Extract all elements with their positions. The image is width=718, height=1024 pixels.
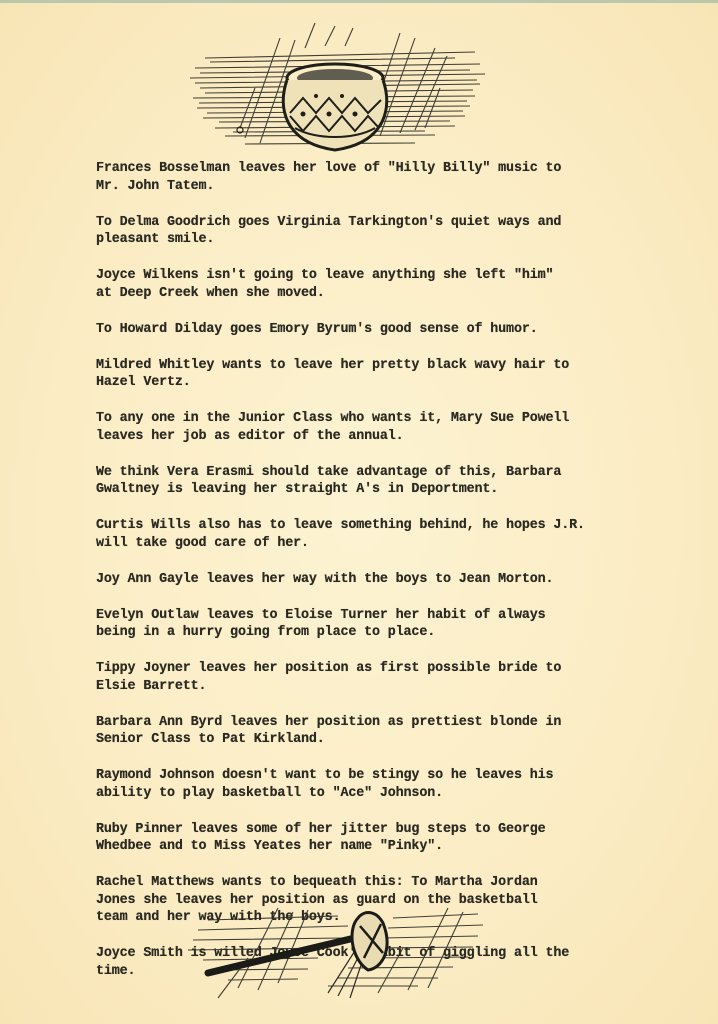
class-will-text: Frances Bosselman leaves her love of "Hi…: [96, 160, 636, 999]
tomahawk-illustration: [178, 898, 488, 1010]
bequest-paragraph: Evelyn Outlaw leaves to Eloise Turner he…: [96, 607, 636, 642]
bequest-paragraph: We think Vera Erasmi should take advanta…: [96, 464, 636, 499]
bequest-paragraph: To Howard Dilday goes Emory Byrum's good…: [96, 321, 636, 339]
bequest-paragraph: Ruby Pinner leaves some of her jitter bu…: [96, 821, 636, 856]
bequest-paragraph: To any one in the Junior Class who wants…: [96, 410, 636, 445]
bequest-paragraph: To Delma Goodrich goes Virginia Tarkingt…: [96, 214, 636, 249]
bequest-paragraph: Frances Bosselman leaves her love of "Hi…: [96, 160, 636, 195]
bequest-paragraph: Mildred Whitley wants to leave her prett…: [96, 357, 636, 392]
bequest-paragraph: Raymond Johnson doesn't want to be sting…: [96, 767, 636, 802]
bequest-paragraph: Joy Ann Gayle leaves her way with the bo…: [96, 571, 636, 589]
bequest-paragraph: Joyce Wilkens isn't going to leave anyth…: [96, 267, 636, 302]
bequest-paragraph: Curtis Wills also has to leave something…: [96, 517, 636, 552]
bequest-paragraph: Tippy Joyner leaves her position as firs…: [96, 660, 636, 695]
scan-edge: [0, 0, 718, 3]
bequest-paragraph: Barbara Ann Byrd leaves her position as …: [96, 714, 636, 749]
basket-pot-illustration: [185, 18, 490, 158]
